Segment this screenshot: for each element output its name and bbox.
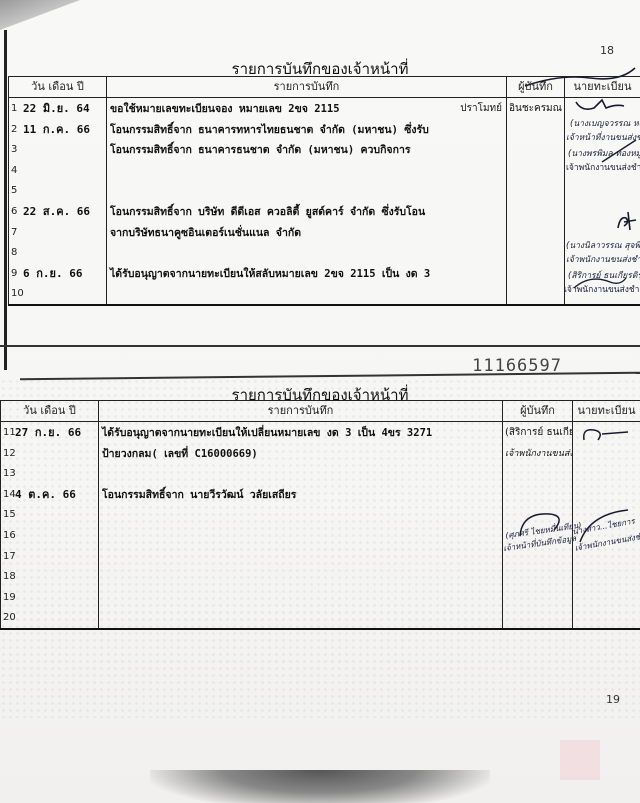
line-number: 1 [11, 103, 17, 114]
recorder-cell [503, 484, 573, 505]
recorder-cell [507, 160, 565, 181]
signature-name-1: (นางเบญจวรรณ หงุดี) [570, 116, 640, 130]
line-number: 19 [3, 592, 16, 603]
line-number: 14 [3, 489, 16, 500]
recorder-cell: อินชะครมณ [507, 98, 565, 119]
entry-text [99, 546, 502, 548]
entry-text: ได้รับอนุญาตจากนายทะเบียนให้เปลี่ยนหมายเ… [99, 422, 502, 441]
entry-text [107, 160, 506, 162]
entry-text: ได้รับอนุญาตจากนายทะเบียนให้สลับหมายเลข … [107, 263, 506, 282]
entry-cell [99, 587, 503, 608]
binding-edge [4, 30, 7, 370]
date-cell: 144 ต.ค. 66 [1, 484, 99, 505]
entry-text [107, 242, 506, 244]
entry-text [107, 283, 506, 285]
table-row: 4 [9, 160, 640, 181]
date-cell: 18 [1, 566, 99, 587]
table-row: 15 [1, 504, 640, 525]
date-cell: 16 [1, 525, 99, 546]
table-row: 5 [9, 180, 640, 201]
line-number: 4 [11, 165, 17, 176]
line-number: 5 [11, 185, 17, 196]
line-number: 13 [3, 468, 16, 479]
recorder-text [503, 607, 572, 610]
entry-text [99, 566, 502, 568]
line-number: 10 [11, 288, 24, 299]
date-cell: 19 [1, 587, 99, 608]
date-cell: 211 ก.ค. 66 [9, 119, 107, 140]
page-fold-shadow [150, 770, 490, 803]
entry-text [99, 504, 502, 506]
recorder-text: อินชะครมณ [507, 98, 564, 116]
entry-cell [99, 463, 503, 484]
entry-cell: ป้ายวงกลม( เลขที่ C16000669) [99, 443, 503, 464]
recorder-cell [507, 263, 565, 284]
stamp-smudge [560, 740, 600, 780]
header-entry: รายการบันทึก [99, 401, 503, 422]
recorder-text [507, 119, 564, 122]
entry-text: ขอใช้หมายเลขทะเบียนจอง หมายเลข 2ขจ 2115 [107, 98, 506, 117]
recorder-cell: เจ้าพนักงานขนส่งชำนาญงาน [503, 443, 573, 464]
header-recorder: ผู้บันทึก [503, 401, 573, 422]
recorder-text [503, 587, 572, 590]
signature-name-2: (นางพรพิมล ทองหมู) [568, 146, 640, 160]
date-cell: 3 [9, 139, 107, 160]
entry-cell [99, 566, 503, 587]
date-cell: 122 มิ.ย. 64 [9, 98, 107, 119]
line-number: 11 [3, 427, 16, 438]
line-number: 15 [3, 509, 16, 520]
recorder-cell [503, 587, 573, 608]
date-cell: 8 [9, 242, 107, 263]
date-cell: 13 [1, 463, 99, 484]
entry-cell: จากบริษัทธนาคูซอินเตอร์เนชั่นแนล จำกัด [107, 222, 507, 243]
entry-text: โอนกรรมสิทธิ์จาก ธนาคารธนชาต จำกัด (มหาช… [107, 139, 506, 158]
table-row: 1127 ก.ย. 66ได้รับอนุญาตจากนายทะเบียนให้… [1, 422, 640, 443]
entry-cell [107, 242, 507, 263]
entry-cell: ได้รับอนุญาตจากนายทะเบียนให้สลับหมายเลข … [107, 263, 507, 284]
recorder-cell [507, 180, 565, 201]
line-number: 7 [11, 227, 17, 238]
line-number: 18 [3, 571, 16, 582]
table-row: 122 มิ.ย. 64ขอใช้หมายเลขทะเบียนจอง หมายเ… [9, 98, 640, 119]
entry-text [99, 607, 502, 609]
entry-date: 22 มิ.ย. 64 [23, 99, 90, 117]
date-cell: 15 [1, 504, 99, 525]
entry-cell [99, 504, 503, 525]
line-number: 8 [11, 247, 17, 258]
registrar-cell [573, 443, 640, 464]
table-row: 144 ต.ค. 66โอนกรรมสิทธิ์จาก นายวีรวัฒน์ … [1, 484, 640, 505]
entry-cell: ได้รับอนุญาตจากนายทะเบียนให้เปลี่ยนหมายเ… [99, 422, 503, 443]
line-number: 16 [3, 530, 16, 541]
registrar-cell [573, 463, 640, 484]
date-cell: 5 [9, 180, 107, 201]
signature-name-3: (นางนิลาวรรณ สุจพินิจ) [566, 238, 640, 252]
header-date: วัน เดือน ปี [1, 401, 99, 422]
line-number: 2 [11, 124, 17, 135]
date-cell: 12 [1, 443, 99, 464]
entry-text: โอนกรรมสิทธิ์จาก ธนาคารทหารไทยธนชาต จำกั… [107, 119, 506, 138]
recorder-cell [507, 139, 565, 160]
line-number: 3 [11, 144, 17, 155]
date-cell: 4 [9, 160, 107, 181]
table-row: 96 ก.ย. 66ได้รับอนุญาตจากนายทะเบียนให้สล… [9, 263, 640, 284]
entry-date: 11 ก.ค. 66 [23, 120, 90, 138]
entry-date: 22 ส.ค. 66 [23, 202, 90, 220]
date-cell: 7 [9, 222, 107, 243]
table-row: 8 [9, 242, 640, 263]
registrar-cell [565, 180, 640, 201]
table-header-row: วัน เดือน ปี รายการบันทึก ผู้บันทึก นายท… [9, 77, 640, 98]
entry-text [99, 587, 502, 589]
table-row: 13 [1, 463, 640, 484]
entry-cell [107, 160, 507, 181]
entry-text: จากบริษัทธนาคูซอินเตอร์เนชั่นแนล จำกัด [107, 222, 506, 241]
entry-date: 4 ต.ค. 66 [15, 485, 76, 503]
signature-title-1: เจ้าหน้าที่งานขนส่งชำนาญงาน [566, 130, 640, 144]
line-number: 6 [11, 206, 17, 217]
recorder-name-inline: ปราโมทย์ [460, 101, 502, 116]
table-row: 211 ก.ค. 66โอนกรรมสิทธิ์จาก ธนาคารทหารไท… [9, 119, 640, 140]
table-row: 12ป้ายวงกลม( เลขที่ C16000669)เจ้าพนักงา… [1, 443, 640, 464]
date-cell: 1127 ก.ย. 66 [1, 422, 99, 443]
recorder-text [507, 242, 564, 245]
recorder-text [507, 180, 564, 183]
header-registrar: นายทะเบียน [565, 77, 640, 98]
entry-cell: โอนกรรมสิทธิ์จาก บริษัท ดีดีเอส ควอลิตี้… [107, 201, 507, 222]
registrar-cell [573, 422, 640, 443]
table-row: 7จากบริษัทธนาคูซอินเตอร์เนชั่นแนล จำกัด [9, 222, 640, 243]
registrar-cell [573, 587, 640, 608]
entry-date: 6 ก.ย. 66 [23, 264, 82, 282]
recorder-text [503, 566, 572, 569]
recorder-text [507, 283, 564, 286]
scanned-document-page: 18 รายการบันทึกของเจ้าหน้าที่ วัน เดือน … [0, 0, 640, 803]
header-recorder: ผู้บันทึก [507, 77, 565, 98]
date-cell: 622 ส.ค. 66 [9, 201, 107, 222]
entry-cell [107, 283, 507, 305]
recorder-cell: (สิริการย์ ธนเกียรติรุ่งเรือง) [503, 422, 573, 443]
entry-text: ป้ายวงกลม( เลขที่ C16000669) [99, 443, 502, 462]
table-row: 18 [1, 566, 640, 587]
signature-title-4: เจ้าพนักงานขนส่งชำนาญงาน [564, 282, 640, 296]
entry-cell [99, 525, 503, 546]
registrar-cell [565, 201, 640, 222]
line-number: 20 [3, 612, 16, 623]
recorder-text [503, 504, 572, 507]
line-number: 9 [11, 268, 17, 279]
recorder-text [507, 201, 564, 204]
recorder-cell [503, 607, 573, 629]
recorder-cell [507, 222, 565, 243]
date-cell: 96 ก.ย. 66 [9, 263, 107, 284]
recorder-text [507, 139, 564, 142]
page-corner-shadow [0, 0, 80, 30]
table-row: 10 [9, 283, 640, 305]
line-number: 17 [3, 551, 16, 562]
date-cell: 17 [1, 546, 99, 567]
table-row: 20 [1, 607, 640, 629]
entry-cell [107, 180, 507, 201]
recorder-text: เจ้าพนักงานขนส่งชำนาญงาน [503, 443, 572, 460]
entry-cell [99, 607, 503, 629]
entry-text: โอนกรรมสิทธิ์จาก บริษัท ดีดีเอส ควอลิตี้… [107, 201, 506, 220]
table-row: 622 ส.ค. 66โอนกรรมสิทธิ์จาก บริษัท ดีดีเ… [9, 201, 640, 222]
entry-cell: โอนกรรมสิทธิ์จาก ธนาคารทหารไทยธนชาต จำกั… [107, 119, 507, 140]
section-divider [0, 345, 640, 347]
header-registrar: นายทะเบียน [573, 401, 640, 422]
table-row: 19 [1, 587, 640, 608]
entry-text [107, 180, 506, 182]
entry-cell: ขอใช้หมายเลขทะเบียนจอง หมายเลข 2ขจ 2115ป… [107, 98, 507, 119]
recorder-cell [503, 463, 573, 484]
recorder-cell [507, 201, 565, 222]
page-number-bottom: 19 [606, 693, 620, 706]
recorder-cell [507, 283, 565, 305]
entry-cell: โอนกรรมสิทธิ์จาก ธนาคารธนชาต จำกัด (มหาช… [107, 139, 507, 160]
signature-title-3: เจ้าพนักงานขนส่งชำนาญงาน [566, 252, 640, 266]
entry-text [99, 463, 502, 465]
recorder-cell [507, 119, 565, 140]
recorder-text [507, 263, 564, 266]
registrar-cell [573, 566, 640, 587]
signature-title-2: เจ้าพนักงานขนส่งชำนาญงาน [566, 160, 640, 174]
recorder-text: (สิริการย์ ธนเกียรติรุ่งเรือง) [503, 422, 572, 440]
entry-text [99, 525, 502, 527]
entry-cell: โอนกรรมสิทธิ์จาก นายวีรวัฒน์ วลัยเสถียร [99, 484, 503, 505]
table-row: 3โอนกรรมสิทธิ์จาก ธนาคารธนชาต จำกัด (มหา… [9, 139, 640, 160]
recorder-cell [503, 566, 573, 587]
officer-record-table-bottom: วัน เดือน ปี รายการบันทึก ผู้บันทึก นายท… [0, 400, 640, 630]
recorder-text [507, 160, 564, 163]
date-cell: 10 [9, 283, 107, 305]
entry-cell [99, 546, 503, 567]
officer-record-table-top: วัน เดือน ปี รายการบันทึก ผู้บันทึก นายท… [8, 76, 640, 306]
recorder-cell [507, 242, 565, 263]
entry-text: โอนกรรมสิทธิ์จาก นายวีรวัฒน์ วลัยเสถียร [99, 484, 502, 503]
entry-date: 27 ก.ย. 66 [15, 423, 81, 441]
header-entry: รายการบันทึก [107, 77, 507, 98]
recorder-text [507, 222, 564, 225]
line-number: 12 [3, 448, 16, 459]
signature-name-4: (สิริการย์ ธนเกียรติรุ่งเรือง) [568, 268, 640, 282]
page-number-top: 18 [600, 44, 614, 57]
header-date: วัน เดือน ปี [9, 77, 107, 98]
registrar-cell [573, 484, 640, 505]
date-cell: 20 [1, 607, 99, 629]
table-header-row: วัน เดือน ปี รายการบันทึก ผู้บันทึก นายท… [1, 401, 640, 422]
recorder-text [503, 484, 572, 487]
registrar-cell [573, 607, 640, 629]
recorder-text [503, 463, 572, 466]
